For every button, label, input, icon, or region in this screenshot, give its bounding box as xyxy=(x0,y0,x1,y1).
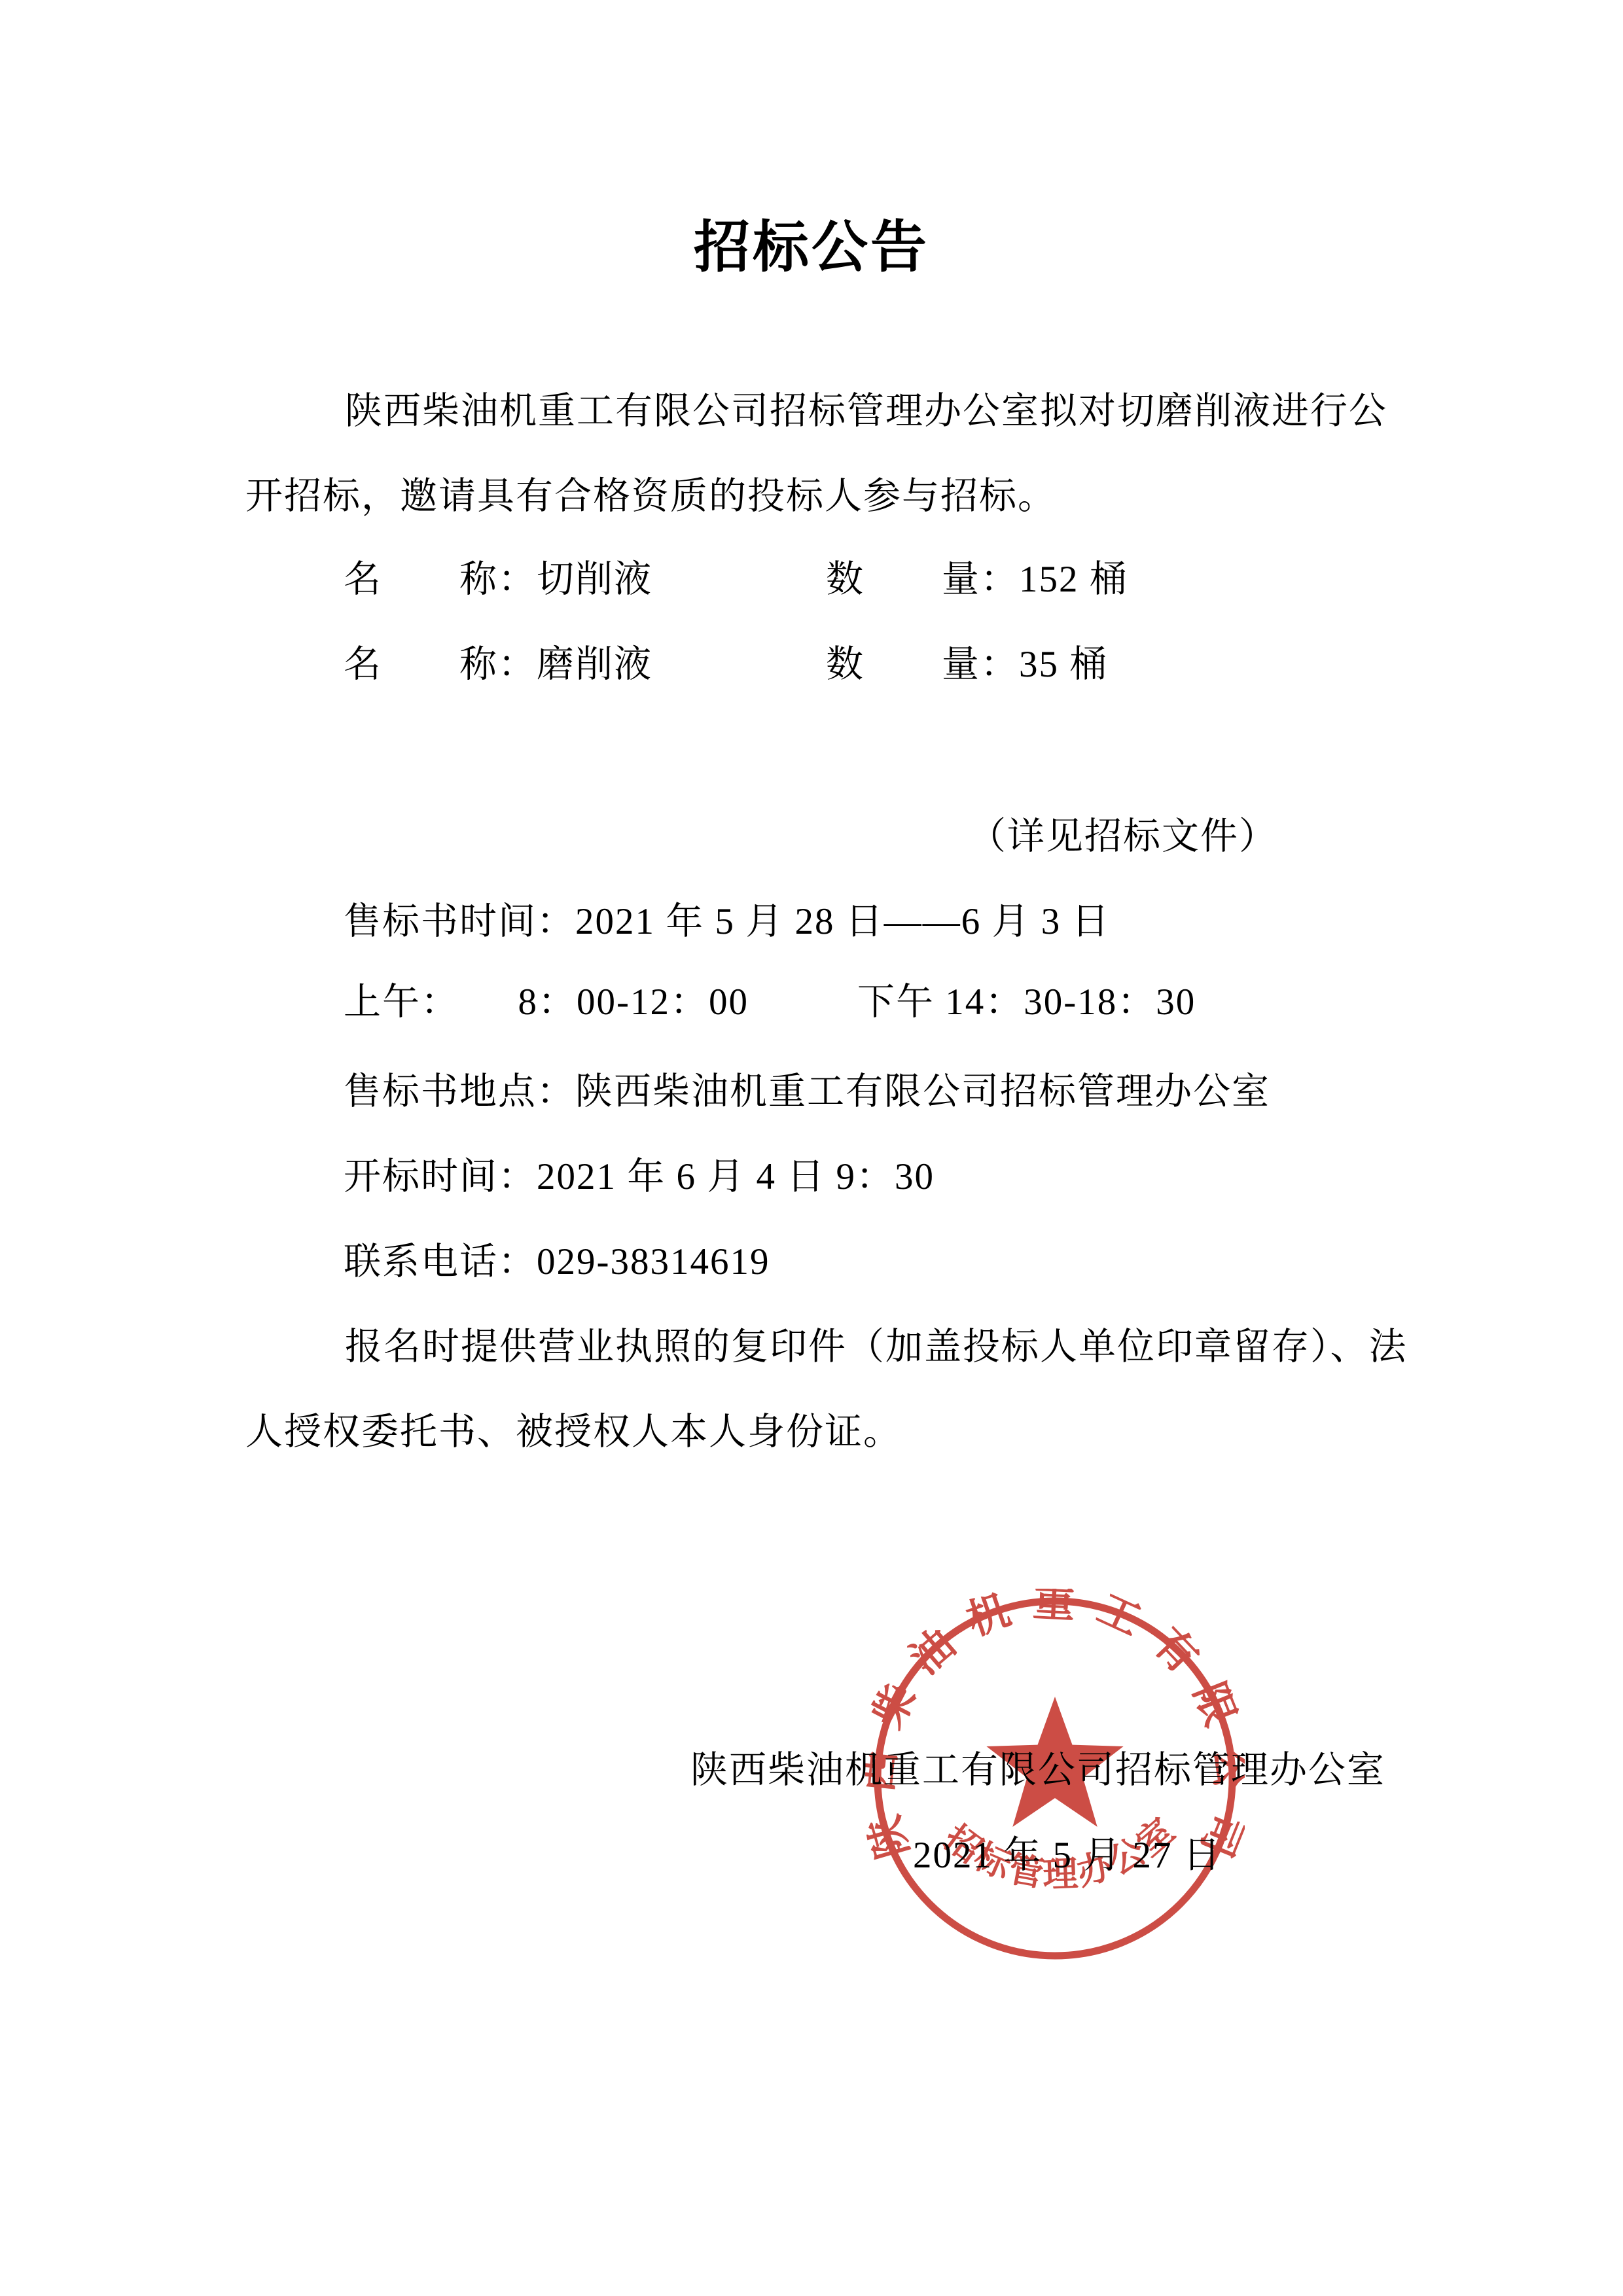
phone-line: 联系电话：029-38314619 xyxy=(344,1240,770,1284)
item-quantity: 数 量：152 桶 xyxy=(826,557,1128,602)
open-time-line: 开标时间：2021 年 6 月 4 日 9：30 xyxy=(344,1155,935,1199)
hours-morning: 上午： 8：00-12：00 xyxy=(344,981,749,1023)
item-row: 名 称：切削液 数 量：152 桶 xyxy=(344,557,1391,602)
item-name: 名 称：磨削液 xyxy=(344,644,652,685)
sale-place-line: 售标书地点：陕西柴油机重工有限公司招标管理办公室 xyxy=(344,1070,1270,1114)
requirements-line-1: 报名时提供营业执照的复印件（加盖投标人单位印章留存）、法 xyxy=(245,1325,1408,1369)
intro-line-1: 陕西柴油机重工有限公司招标管理办公室拟对切磨削液进行公 xyxy=(245,389,1387,434)
sale-time-line: 售标书时间：2021 年 5 月 28 日——6 月 3 日 xyxy=(344,900,1111,944)
see-docs-note: （详见招标文件） xyxy=(969,815,1277,859)
star-icon xyxy=(986,1697,1123,1827)
stamp-bottom-text: 招标管理办公室 xyxy=(937,1810,1183,1895)
item-name: 名 称：切削液 xyxy=(344,559,652,600)
hours-afternoon: 下午 14：30-18：30 xyxy=(857,980,1196,1025)
document-title: 招标公告 xyxy=(0,202,1623,283)
item-row: 名 称：磨削液 数 量：35 桶 xyxy=(344,643,1391,687)
hours-line: 上午： 8：00-12：00 下午 14：30-18：30 xyxy=(344,980,1391,1025)
company-stamp: 陕西柴油机重工有限公司 招标管理办公室 xyxy=(865,1589,1245,1968)
intro-line-2: 开招标，邀请具有合格资质的投标人参与招标。 xyxy=(245,474,1056,519)
item-quantity: 数 量：35 桶 xyxy=(826,643,1108,687)
document-page: 招标公告 陕西柴油机重工有限公司招标管理办公室拟对切磨削液进行公 开招标，邀请具… xyxy=(0,0,1623,2296)
requirements-line-2: 人授权委托书、被授权人本人身份证。 xyxy=(245,1410,902,1455)
